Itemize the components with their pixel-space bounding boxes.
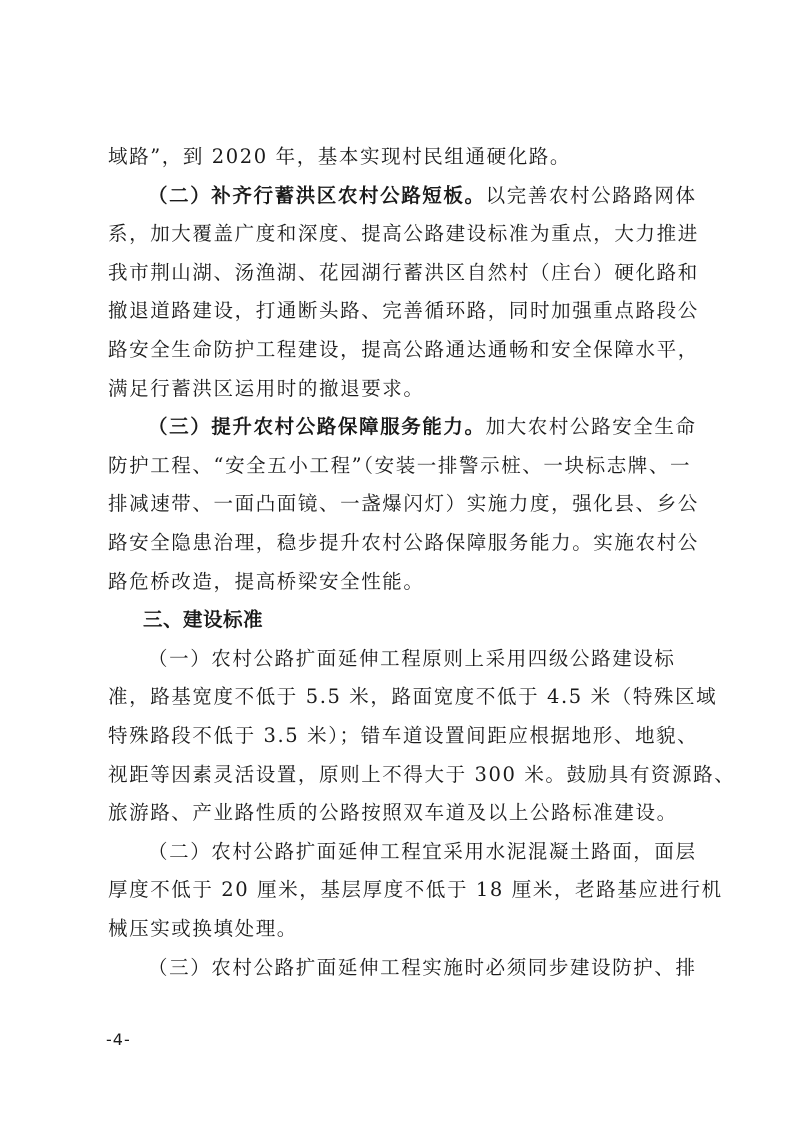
paragraph-line: 撤退道路建设，打通断头路、完善循环路，同时加强重点路段公 xyxy=(108,294,688,328)
section-heading: 三、建设标准 xyxy=(143,603,723,637)
paragraph-line-subheading: （二）补齐行蓄洪区农村公路短板。以完善农村公路路网体 xyxy=(148,179,688,213)
paragraph-line: 特殊路段不低于 3.5 米）；错车道设置间距应根据地形、地貌、 xyxy=(108,719,688,753)
paragraph-text: 加大农村公路安全生命 xyxy=(486,415,697,438)
paragraph-line: 防护工程、“安全五小工程”（安装一排警示桩、一块标志牌、一 xyxy=(108,449,688,483)
paragraph-line: 厚度不低于 20 厘米，基层厚度不低于 18 厘米，老路基应进行机 xyxy=(108,873,688,907)
paragraph-line: （三）农村公路扩面延伸工程实施时必须同步建设防护、排 xyxy=(148,951,688,985)
paragraph-line: （一）农村公路扩面延伸工程原则上采用四级公路建设标 xyxy=(148,642,688,676)
paragraph-line: （二）农村公路扩面延伸工程宜采用水泥混凝土路面，面层 xyxy=(148,835,688,869)
paragraph-line: 满足行蓄洪区运用时的撤退要求。 xyxy=(108,372,688,406)
paragraph-line: 视距等因素灵活设置，原则上不得大于 300 米。鼓励具有资源路、 xyxy=(108,758,688,792)
subheading-lead: （三）提升农村公路保障服务能力。 xyxy=(148,415,486,438)
paragraph-line: 排减速带、一面凸面镜、一盏爆闪灯）实施力度，强化县、乡公 xyxy=(108,487,688,521)
paragraph-line: 旅游路、产业路性质的公路按照双车道及以上公路标准建设。 xyxy=(108,796,688,830)
paragraph-line: 路安全生命防护工程建设，提高公路通达通畅和安全保障水平， xyxy=(108,333,688,367)
paragraph-line: 路危桥改造，提高桥梁安全性能。 xyxy=(108,565,688,599)
paragraph-text: 以完善农村公路路网体 xyxy=(486,184,697,207)
paragraph-line: 准，路基宽度不低于 5.5 米，路面宽度不低于 4.5 米（特殊区域 xyxy=(108,680,688,714)
paragraph-line: 械压实或换填处理。 xyxy=(108,912,688,946)
subheading-lead: （二）补齐行蓄洪区农村公路短板。 xyxy=(148,184,486,207)
paragraph-line: 路安全隐患治理，稳步提升农村公路保障服务能力。实施农村公 xyxy=(108,526,688,560)
paragraph-line-subheading: （三）提升农村公路保障服务能力。加大农村公路安全生命 xyxy=(148,410,688,444)
paragraph-line: 系，加大覆盖广度和深度、提高公路建设标准为重点，大力推进 xyxy=(108,217,688,251)
paragraph-line: 域路”，到 2020 年，基本实现村民组通硬化路。 xyxy=(108,140,688,174)
paragraph-line: 我市荆山湖、汤渔湖、花园湖行蓄洪区自然村（庄台）硬化路和 xyxy=(108,256,688,290)
document-page: 域路”，到 2020 年，基本实现村民组通硬化路。 （二）补齐行蓄洪区农村公路短… xyxy=(0,0,794,1122)
page-number: -4- xyxy=(106,1030,131,1049)
